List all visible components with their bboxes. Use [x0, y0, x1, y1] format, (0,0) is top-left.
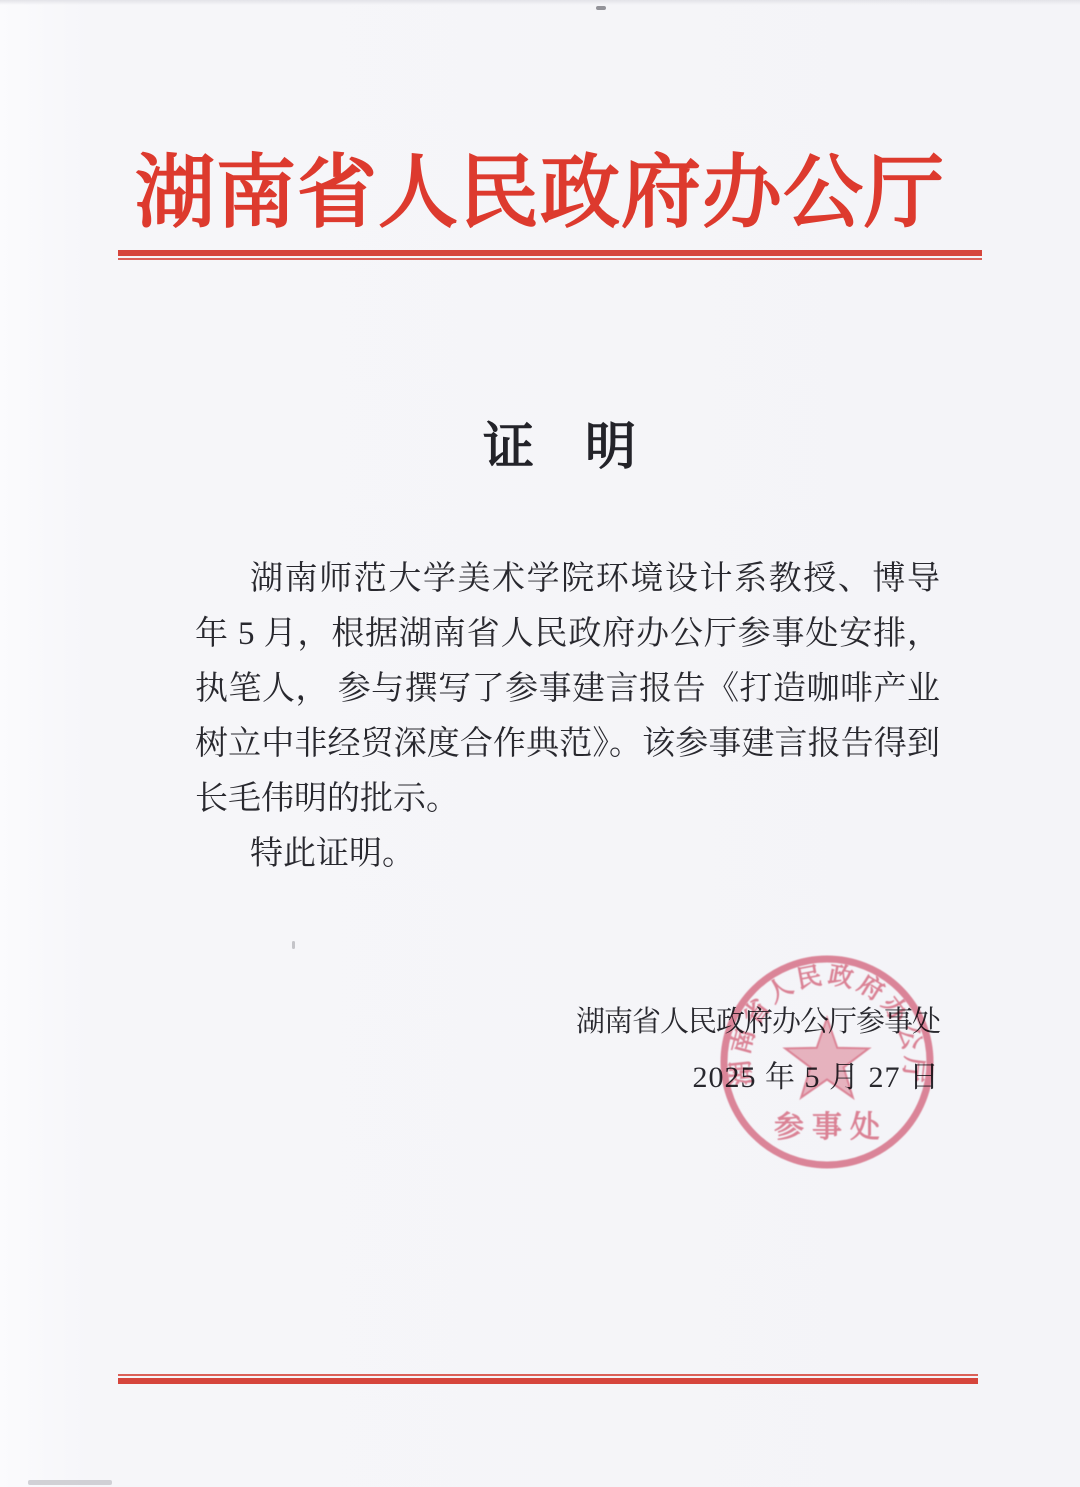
body-line: 年 5 月，根据湖南省人民政府办公厅参事处安排，作为特邀专家、: [195, 607, 940, 662]
document-title: 证 明: [483, 423, 636, 474]
header-rule-thin-line: [118, 258, 982, 260]
scan-edge-artifact: [28, 1480, 112, 1485]
header-double-rule: [118, 250, 982, 260]
footer-double-rule: [118, 1374, 978, 1384]
body-line: 树立中非经贸深度合作典范》。该参事建言报告得到了湖南省省: [195, 717, 940, 772]
closing-line: 特此证明。: [195, 827, 940, 882]
footer-rule-thin-line: [118, 1374, 978, 1376]
certificate-page: 湖南省人民政府办公厅 证 明 湖南师范大学美术学院环境设计系教授、博导朱政于 2…: [0, 0, 1080, 1487]
official-seal: 湖南省人民政府办公厅 参事处: [716, 951, 938, 1173]
scan-speck-middle: [292, 941, 295, 949]
seal-bottom-text: 参事处: [774, 1111, 888, 1144]
scan-speck-top: [596, 6, 606, 10]
seal-star-icon: [785, 1018, 869, 1098]
body-line: 长毛伟明的批示。: [195, 772, 940, 827]
body-line: 湖南师范大学美术学院环境设计系教授、博导朱政于 2025: [195, 552, 940, 607]
body-line: 执笔人， 参与撰写了参事建言报告《打造咖啡产业互联网平台，: [195, 662, 940, 717]
certificate-body: 湖南师范大学美术学院环境设计系教授、博导朱政于 2025 年 5 月，根据湖南省…: [195, 552, 940, 882]
footer-rule-thick-line: [118, 1378, 978, 1384]
agency-header-title: 湖南省人民政府办公厅: [0, 140, 1080, 248]
